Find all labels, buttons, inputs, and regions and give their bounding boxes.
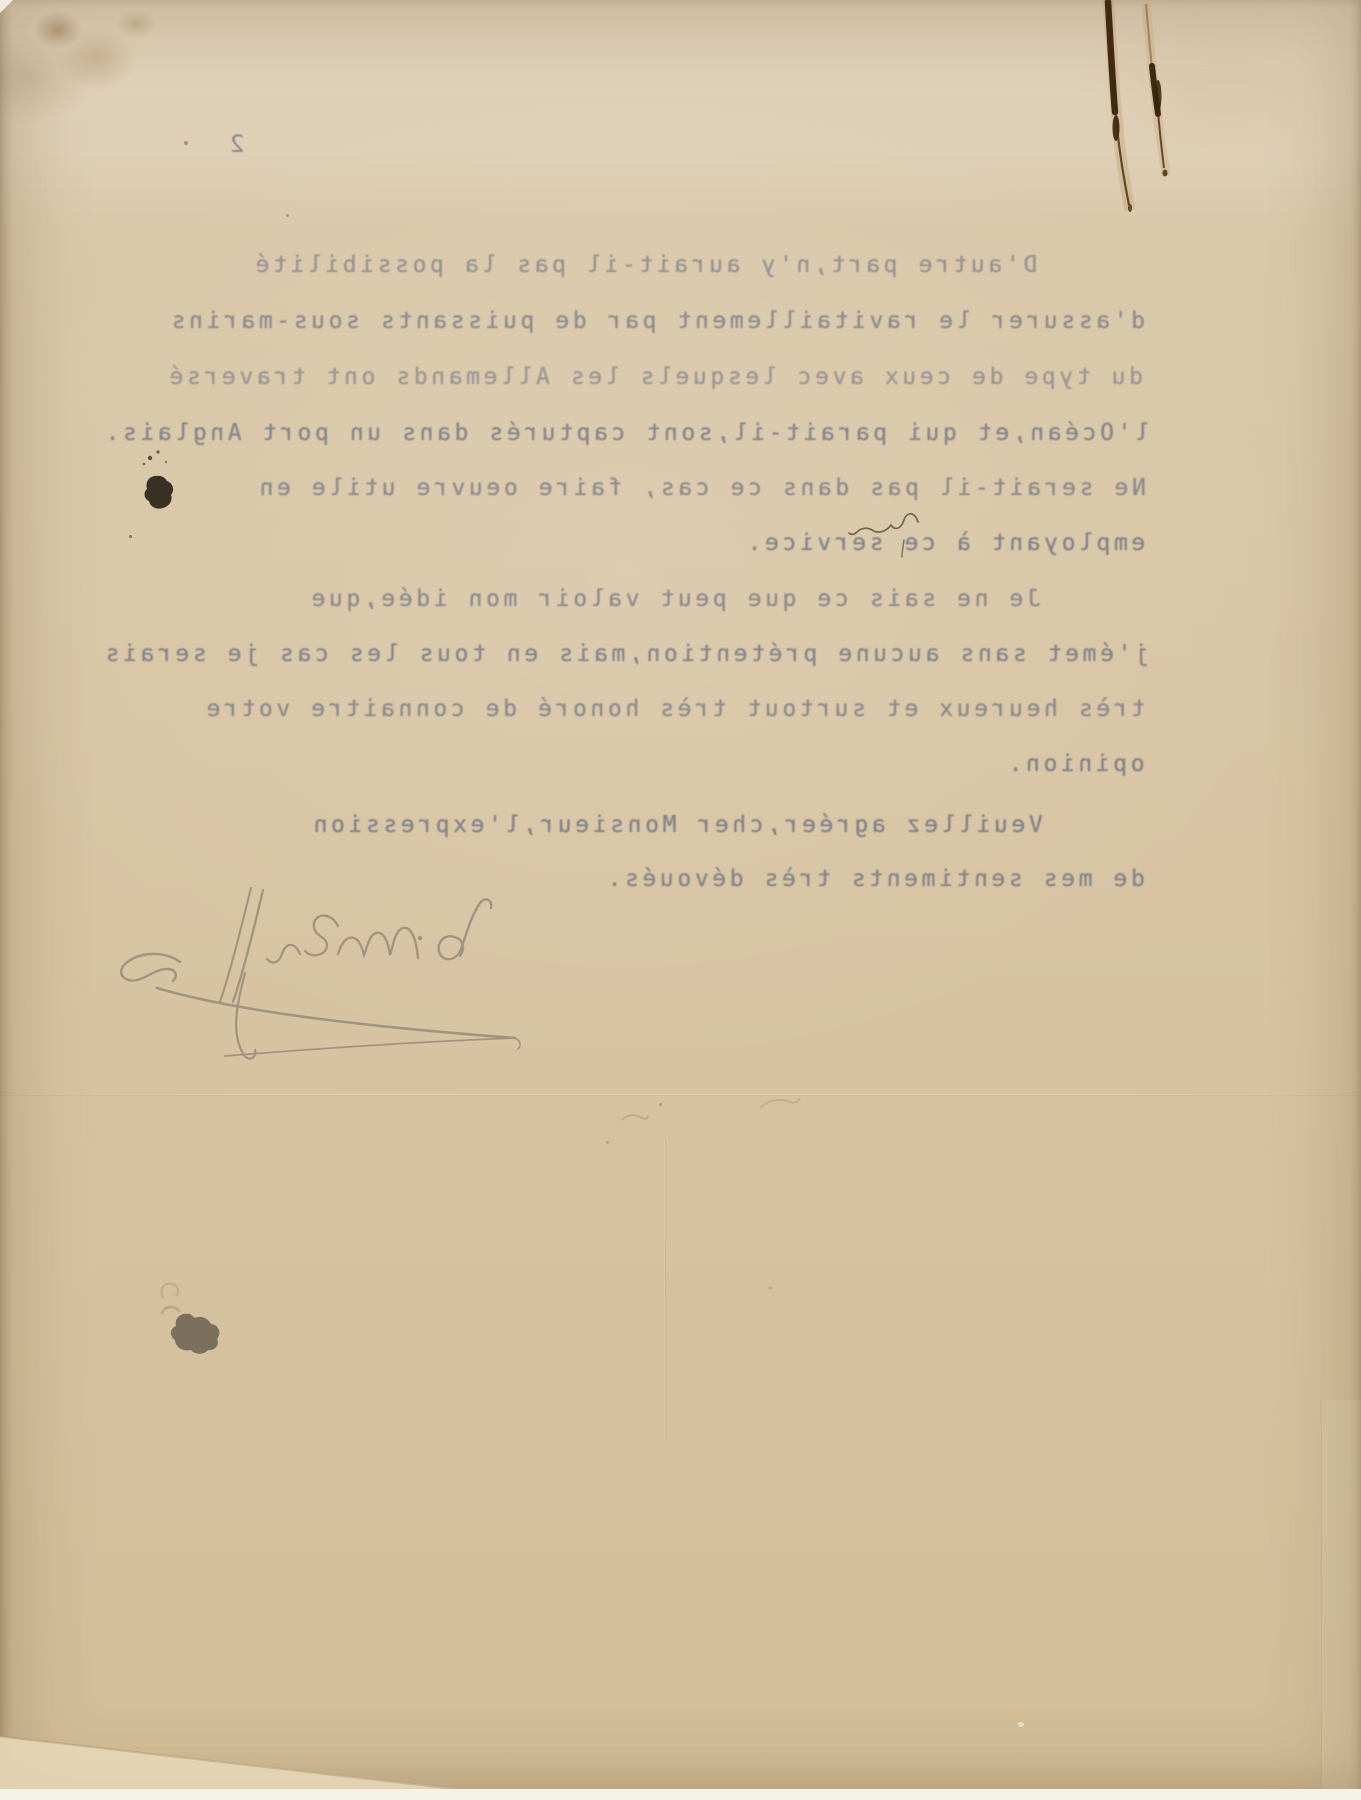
typed-line: employant à ce service. — [744, 530, 1145, 556]
paper-nick — [1018, 1722, 1024, 1727]
dust-speck — [659, 1103, 662, 1106]
scanned-letter-page: 2 D'autre part,n'y aurait-il pas la poss… — [0, 0, 1361, 1800]
dust-speck — [286, 214, 289, 217]
dust-speck — [606, 1141, 609, 1144]
typed-line: du type de ceux avec lesquels les Allema… — [166, 364, 1143, 390]
dust-speck — [129, 535, 132, 538]
dust-speck — [184, 141, 188, 145]
typed-line: Je ne sais ce que peut valoir mon idée,q… — [308, 586, 1041, 612]
typed-line: Ne serait-il pas dans ce cas, faire oeuv… — [256, 475, 1146, 501]
fold-crease-vertical — [665, 1140, 666, 1440]
paper-right-edge — [1321, 1400, 1361, 1790]
scan-background-corner — [0, 0, 13, 13]
page-number: 2 — [230, 130, 244, 158]
typed-line: j'émet sans aucune prétention,mais en to… — [102, 641, 1149, 667]
typed-line: D'autre part,n'y aurait-il pas la possib… — [252, 252, 1037, 278]
typed-line: d'assurer le ravitaillement par de puiss… — [168, 308, 1145, 334]
typed-line: Veuillez agréer,cher Monsieur,l'expressi… — [310, 812, 1043, 838]
fold-crease-horizontal — [0, 1094, 1361, 1095]
typed-line: opinion. — [1005, 751, 1145, 777]
typed-line: l'Océan,et qui parait-il,sont capturés d… — [102, 420, 1149, 446]
typed-line: très heureux et surtout très honoré de c… — [203, 696, 1145, 722]
dust-speck — [768, 1286, 773, 1290]
typed-line: de mes sentiments très dévoués. — [604, 866, 1145, 892]
scan-background-strip — [0, 1789, 1361, 1800]
